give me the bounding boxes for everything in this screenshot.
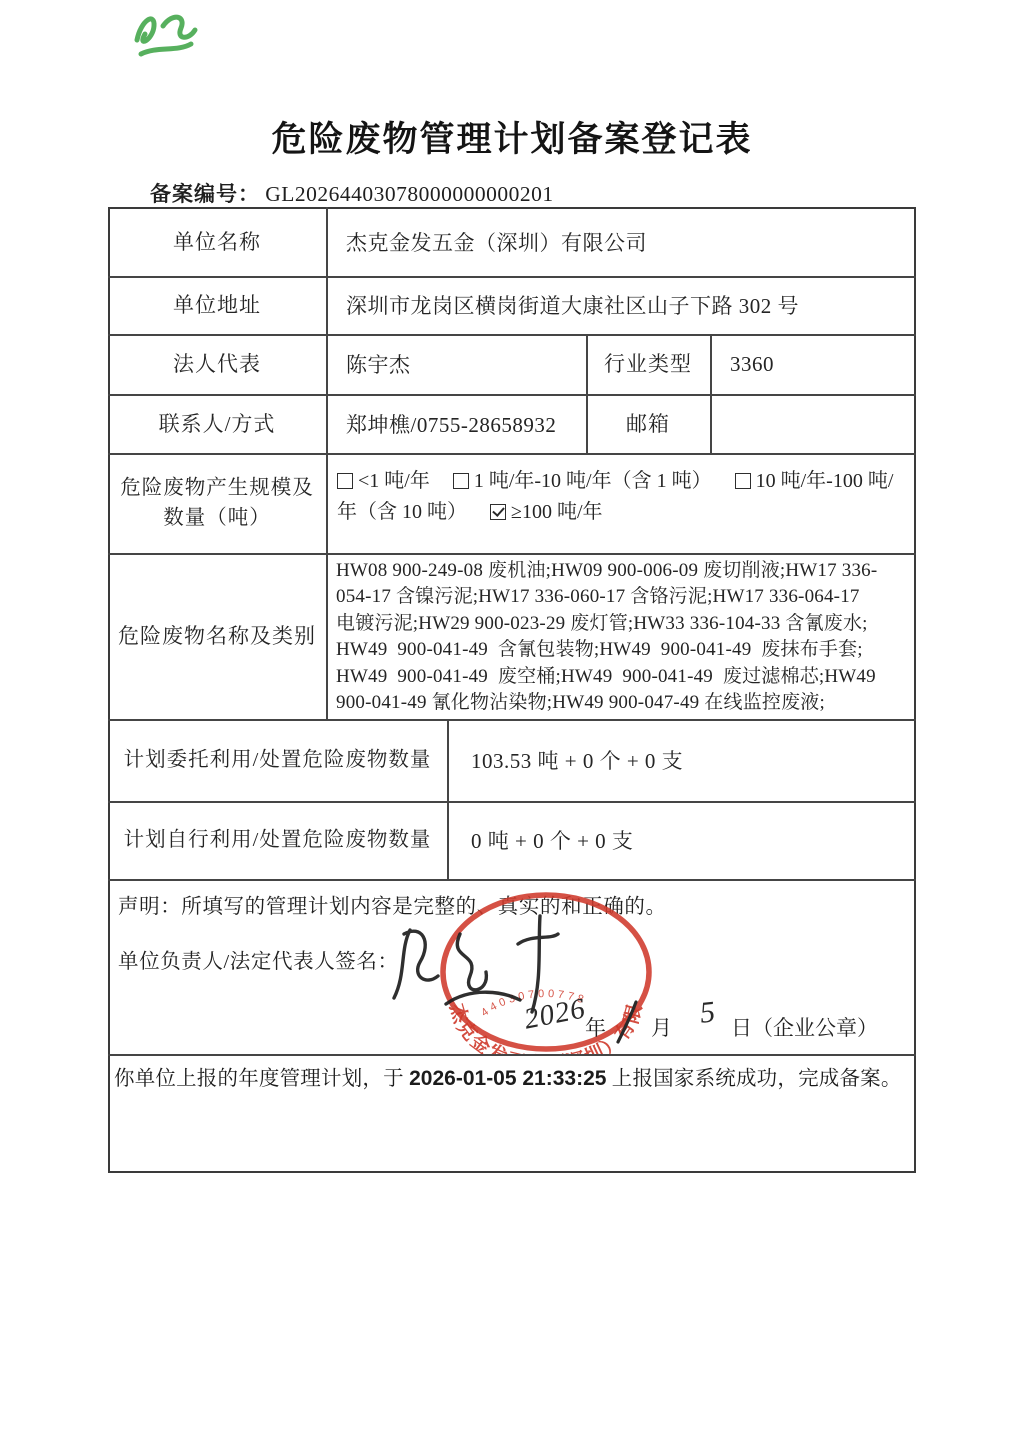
scale-option: 1 吨/年-10 吨/年（含 1 吨）	[453, 470, 712, 492]
legal-rep-label: 法人代表	[108, 334, 326, 394]
scanned-registration-form: 危险废物管理计划备案登记表 备案编号： GL202644030780000000…	[0, 0, 1024, 1448]
page-title: 危险废物管理计划备案登记表	[0, 112, 1024, 162]
industry-type-value: 3360	[710, 334, 916, 394]
entrusted-quantity-label: 计划委托利用/处置危险废物数量	[108, 719, 447, 801]
entrusted-quantity-value: 103.53 吨 + 0 个 + 0 支	[447, 719, 916, 801]
self-quantity-value: 0 吨 + 0 个 + 0 支	[447, 801, 916, 879]
scale-options: <1 吨/年 1 吨/年-10 吨/年（含 1 吨） 10 吨/年-100 吨/…	[337, 466, 907, 546]
completion-notice: 你单位上报的年度管理计划，于 2026-01-05 21:33:25 上报国家系…	[114, 1064, 918, 1094]
waste-types-value: HW08 900-249-08 废机油;HW09 900-006-09 废切削液…	[336, 558, 914, 716]
unit-address-label: 单位地址	[108, 276, 326, 334]
email-label: 邮箱	[586, 394, 710, 453]
contact-value: 郑坤樵/0755-28658932	[326, 394, 586, 453]
filing-number-label: 备案编号：	[150, 183, 260, 206]
industry-type-label: 行业类型	[586, 334, 710, 394]
date-year-char: 年	[585, 1012, 606, 1042]
checkbox-unchecked-icon	[735, 473, 751, 489]
scale-label: 危险废物产生规模及 数量（吨）	[108, 453, 326, 553]
scale-option: <1 吨/年	[337, 470, 430, 492]
waste-types-label: 危险废物名称及类别	[108, 553, 326, 719]
handwritten-month	[612, 998, 642, 1046]
scale-option: ≥100 吨/年	[490, 501, 603, 523]
table-grid-line	[108, 879, 916, 881]
date-month-char: 月	[651, 1012, 672, 1042]
signer-label: 单位负责人/法定代表人签名：	[118, 944, 399, 974]
checkbox-unchecked-icon	[337, 473, 353, 489]
self-quantity-label: 计划自行利用/处置危险废物数量	[108, 801, 447, 879]
completion-prefix: 你单位上报的年度管理计划，于	[114, 1068, 409, 1090]
checkbox-checked-icon	[490, 504, 506, 520]
unit-address-value: 深圳市龙岗区横岗街道大康社区山子下路 302 号	[326, 276, 916, 334]
scale-option-label: 1 吨/年-10 吨/年（含 1 吨）	[474, 470, 712, 492]
table-grid-line	[108, 1054, 916, 1056]
completion-datetime: 2026-01-05 21:33:25	[409, 1067, 606, 1090]
contact-label: 联系人/方式	[108, 394, 326, 453]
checkbox-unchecked-icon	[453, 473, 469, 489]
completion-suffix: 上报国家系统成功，完成备案。	[606, 1068, 901, 1090]
scale-option-label: <1 吨/年	[358, 470, 430, 492]
legal-rep-value: 陈宇杰	[326, 334, 586, 394]
filing-number-line: 备案编号： GL20264403078000000000201	[150, 178, 554, 208]
date-day-suffix: 日（企业公章）	[731, 1012, 878, 1042]
green-marker-scribble-icon	[123, 4, 207, 66]
unit-name-value: 杰克金发五金（深圳）有限公司	[326, 207, 916, 276]
email-value	[710, 394, 916, 453]
unit-name-label: 单位名称	[108, 207, 326, 276]
filing-number-value: GL20264403078000000000201	[265, 182, 553, 206]
scale-option-label: ≥100 吨/年	[511, 501, 603, 523]
